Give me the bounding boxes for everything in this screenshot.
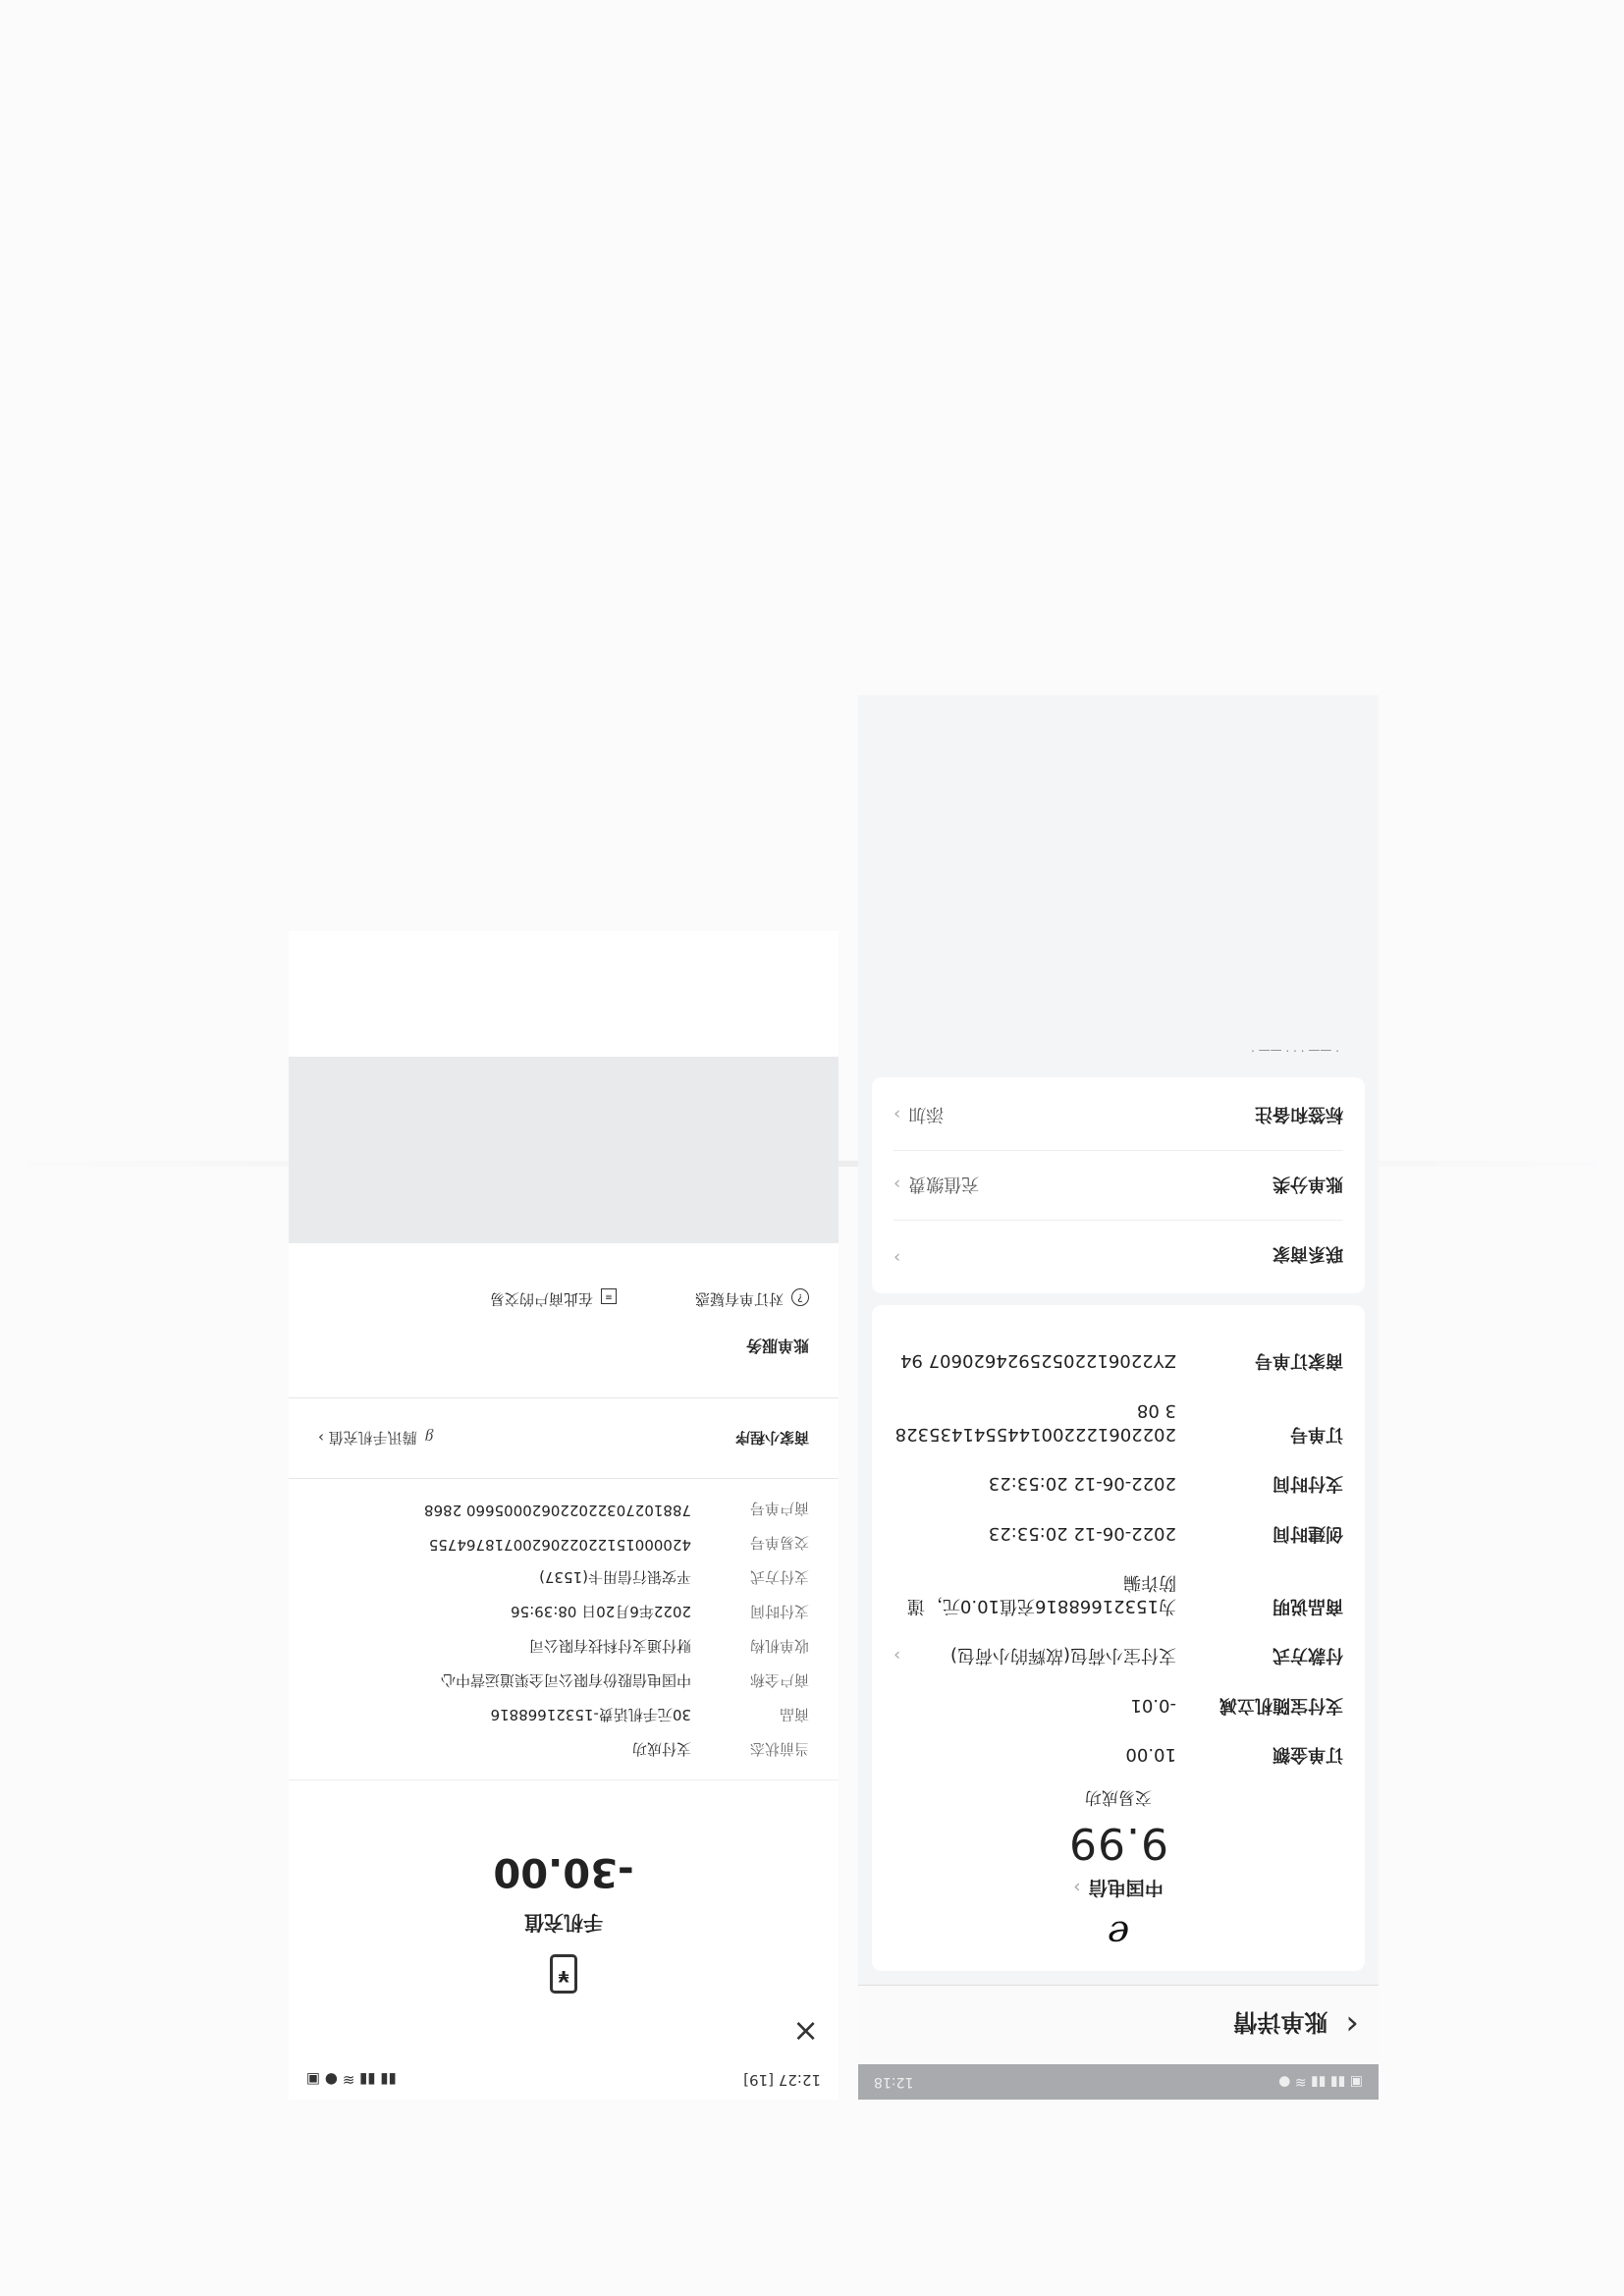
chevron-right-icon: › bbox=[1073, 1877, 1081, 1898]
status-time: 12:18 bbox=[874, 2074, 913, 2090]
chevron-right-icon: › bbox=[893, 1174, 900, 1194]
merchant-link[interactable]: 中国电信› bbox=[893, 1876, 1343, 1902]
question-circle-icon: ? bbox=[791, 1288, 809, 1306]
detail-row: 商品说明为15321668816充值10.0元，谨防诈骗 bbox=[893, 1570, 1343, 1618]
mini-program-icon: ℊ bbox=[417, 1429, 437, 1447]
close-icon[interactable]: × bbox=[289, 2003, 839, 2060]
payment-details: 当前状态支付成功 商品30元手机话费-15321668816 商户全称中国电信股… bbox=[289, 1499, 839, 1780]
chevron-right-icon: › bbox=[893, 1643, 900, 1667]
tags-notes-row[interactable]: 标签和备注添加› bbox=[893, 1081, 1343, 1150]
detail-row: 支付宝随机立减-0.01 bbox=[893, 1692, 1343, 1716]
wechat-payment-screenshot: 12:27 [19] ▮▮ ▮▮ ≋ ● ▣ × ¥ 手机充值 -30.00 当… bbox=[289, 931, 839, 2100]
chevron-right-icon: › bbox=[893, 1247, 900, 1268]
bill-category-row[interactable]: 账单分类充值缴费› bbox=[893, 1150, 1343, 1220]
china-telecom-logo-icon: ℯ bbox=[893, 1916, 1343, 1953]
detail-row: 商品30元手机话费-15321668816 bbox=[318, 1705, 809, 1725]
alipay-bill-screenshot: ▣ ▮▮ ▮▮ ≋ ● 12:18 ‹ 账单详情 ℯ 中国电信› 9.99 交易… bbox=[858, 695, 1379, 2100]
detail-row: 商户单号788102703220220620005660 2868 bbox=[318, 1499, 809, 1519]
mini-program-row[interactable]: 商家小程序 ℊ 腾讯手机充值 › bbox=[289, 1418, 839, 1458]
bill-amount: 9.99 bbox=[893, 1818, 1343, 1868]
merchant-transactions-button[interactable]: ≡在此商户的交易 bbox=[490, 1288, 617, 1310]
status-icons: ▮▮ ▮▮ ≋ ● ▣ bbox=[306, 2071, 397, 2089]
detail-row: 商家订单号ZY22061220525924620607 94 bbox=[893, 1348, 1343, 1372]
chevron-right-icon: › bbox=[318, 1429, 324, 1447]
scanned-page: ▣ ▮▮ ▮▮ ≋ ● 12:18 ‹ 账单详情 ℯ 中国电信› 9.99 交易… bbox=[0, 0, 1624, 2296]
phone-recharge-icon: ¥ bbox=[550, 1954, 577, 1994]
list-icon: ≡ bbox=[601, 1288, 617, 1304]
category-icon-wrap: ¥ bbox=[289, 1954, 839, 1994]
detail-row: 交易单号4200001512202206200718764755 bbox=[318, 1533, 809, 1554]
divider bbox=[289, 1478, 839, 1479]
payment-method-row[interactable]: 付款方式支付宝小荷包(故辉的小荷包)› bbox=[893, 1643, 1343, 1667]
detail-row: 商户全称中国电信股份有限公司全渠道运营中心 bbox=[318, 1670, 809, 1691]
order-question-button[interactable]: ?对订单有疑惑 bbox=[695, 1288, 809, 1310]
detail-row: 订单金额10.00 bbox=[893, 1742, 1343, 1766]
gray-footer-area bbox=[289, 1057, 839, 1243]
bill-service-title: 账单服务 bbox=[289, 1326, 839, 1378]
bill-actions: 联系商家› 账单分类充值缴费› 标签和备注添加› bbox=[872, 1077, 1365, 1293]
nav-bar: ‹ 账单详情 bbox=[858, 1985, 1379, 2064]
detail-row: 支付方式平安银行信用卡(1537) bbox=[318, 1567, 809, 1588]
battery-icon: [19] bbox=[743, 2071, 774, 2089]
detail-row: 创建时间2022-06-12 20:53:23 bbox=[893, 1520, 1343, 1544]
bill-card: ℯ 中国电信› 9.99 交易成功 订单金额10.00 支付宝随机立减-0.01… bbox=[872, 1305, 1365, 1971]
cut-off-text: · —— · · · —— · bbox=[897, 1044, 1339, 1058]
page-title: 账单详情 bbox=[1233, 2008, 1327, 2043]
bill-service-actions: ?对订单有疑惑 ≡在此商户的交易 bbox=[289, 1273, 839, 1326]
detail-row: 订单号20220612220014455414353283 08 bbox=[893, 1397, 1343, 1446]
detail-row: 当前状态支付成功 bbox=[318, 1739, 809, 1760]
status-time: 12:27 [19] bbox=[743, 2071, 821, 2089]
trade-status: 交易成功 bbox=[893, 1787, 1343, 1812]
category-title: 手机充值 bbox=[289, 1910, 839, 1939]
detail-row: 支付时间2022-06-12 20:53:23 bbox=[893, 1471, 1343, 1495]
detail-row: 收单机构财付通支付科技有限公司 bbox=[318, 1636, 809, 1657]
payment-amount: -30.00 bbox=[289, 1849, 839, 1894]
divider bbox=[289, 1397, 839, 1398]
contact-merchant-row[interactable]: 联系商家› bbox=[893, 1220, 1343, 1289]
detail-row: 支付时间2022年6月20日 08:39:56 bbox=[318, 1602, 809, 1622]
back-chevron-icon[interactable]: ‹ bbox=[1345, 2005, 1359, 2045]
merchant-name: 中国电信 bbox=[1089, 1877, 1164, 1898]
status-bar: 12:27 [19] ▮▮ ▮▮ ≋ ● ▣ bbox=[289, 2060, 839, 2100]
status-bar: ▣ ▮▮ ▮▮ ≋ ● 12:18 bbox=[858, 2064, 1379, 2100]
status-icons: ▣ ▮▮ ▮▮ ≋ ● bbox=[1278, 2074, 1363, 2090]
chevron-right-icon: › bbox=[893, 1104, 900, 1124]
